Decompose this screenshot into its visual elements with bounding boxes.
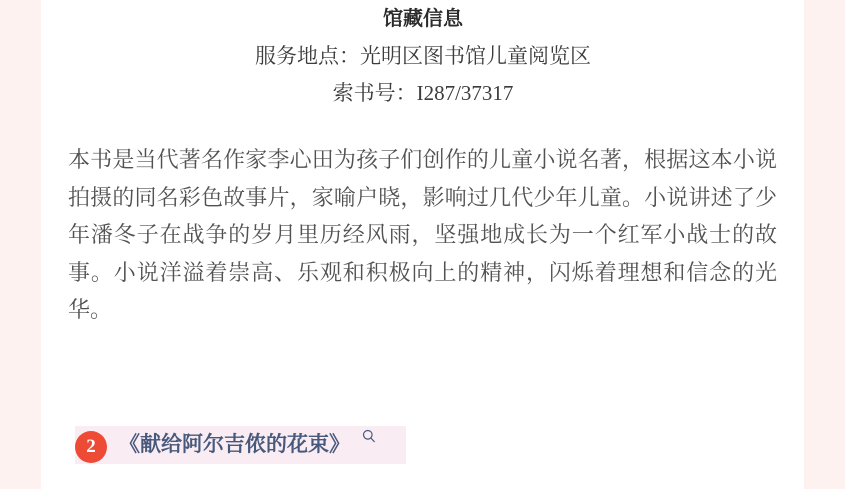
book-description: 本书是当代著名作家李心田为孩子们创作的儿童小说名著，根据这本小说拍摄的同名彩色故…: [68, 141, 777, 329]
article-content: 馆藏信息 服务地点：光明区图书馆儿童阅览区 索书号：I287/37317 本书是…: [41, 0, 805, 489]
right-page-margin: [804, 0, 845, 489]
book-title-link[interactable]: 《献给阿尔吉侬的花束》: [119, 426, 350, 464]
call-number-line: 索书号：I287/37317: [41, 80, 805, 106]
left-page-margin: [0, 0, 41, 489]
book-entry-2[interactable]: 2 《献给阿尔吉侬的花束》: [75, 426, 406, 464]
collection-info-title: 馆藏信息: [41, 6, 805, 32]
entry-number-badge: 2: [75, 431, 107, 463]
search-icon[interactable]: [362, 429, 376, 444]
service-location-line: 服务地点：光明区图书馆儿童阅览区: [41, 43, 805, 69]
